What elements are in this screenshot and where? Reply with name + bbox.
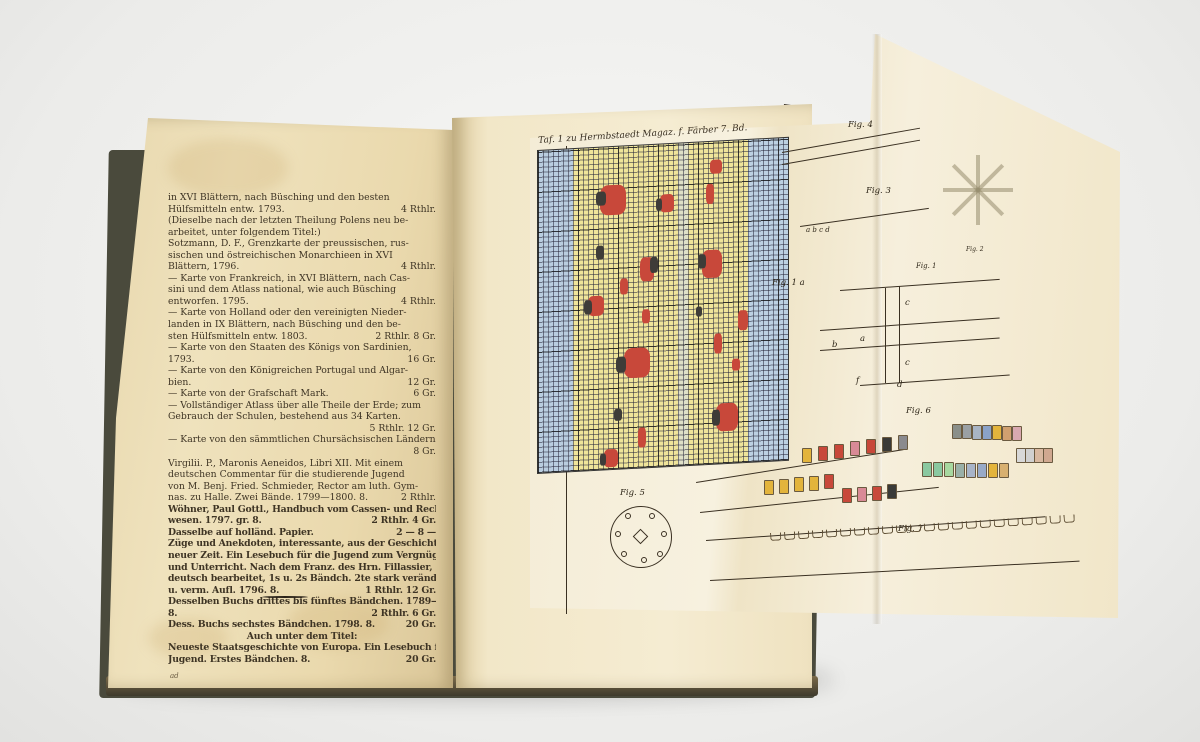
line-text: — Karte von den sämmtlichen Chursächsisc… <box>168 434 436 446</box>
line-text: von M. Benj. Fried. Schmieder, Rector am… <box>168 481 418 493</box>
line-text: — Karte von den Königreichen Portugal un… <box>168 365 408 377</box>
line-text: — Karte von Frankreich, in XVI Blättern,… <box>168 273 410 285</box>
line-price: 12 Gr. <box>407 377 436 389</box>
line-price: 2 Rthlr. 8 Gr. <box>375 331 436 343</box>
fig-5-wheel <box>610 506 672 568</box>
line-text: wesen. 1797. gr. 8. <box>168 515 262 527</box>
catalogue-line: deutsch bearbeitet, 1s u. 2s Bändch. 2te… <box>168 573 436 585</box>
fig-1-letter-f: f <box>856 376 859 386</box>
thread-spool <box>1043 448 1053 463</box>
fig-1-letter-c: c <box>905 298 910 308</box>
fig-1-letter-c2: c <box>905 358 910 368</box>
catalogue-line: 5 Rthlr. 12 Gr. <box>168 423 436 435</box>
catalogue-line: in XVI Blättern, nach Büsching und den b… <box>168 192 436 204</box>
line-text: entworfen. 1795. <box>168 296 249 308</box>
catalogue-line: Desselben Buchs drittes bis fünftes Bänd… <box>168 596 436 608</box>
line-price: 4 Rthlr. <box>401 204 436 216</box>
thread-spool <box>842 488 852 503</box>
line-text: neuer Zeit. Ein Lesebuch für die Jugend … <box>168 550 436 562</box>
catalogue-line: deutschen Commentar für die studierende … <box>168 469 436 481</box>
catalogue-line: neuer Zeit. Ein Lesebuch für die Jugend … <box>168 550 436 562</box>
thread-spool <box>988 463 998 478</box>
line-text: Dasselbe auf holländ. Papier. <box>168 527 314 539</box>
catalogue-line: bien.12 Gr. <box>168 377 436 389</box>
line-text: 1793. <box>168 354 195 366</box>
line-price: 2 — 8 — <box>396 527 436 539</box>
catalogue-line: Züge und Anekdoten, interessante, aus de… <box>168 538 436 550</box>
catalogue-line: 8 Gr. <box>168 446 436 458</box>
line-price: 16 Gr. <box>407 354 436 366</box>
thread-spool <box>850 441 860 456</box>
line-price: 20 Gr. <box>406 619 436 631</box>
line-text: deutschen Commentar für die studierende … <box>168 469 405 481</box>
thread-spool <box>802 448 812 463</box>
catalogue-line: und Unterricht. Nach dem Franz. des Hrn.… <box>168 562 436 574</box>
fig-3-label: Fig. 3 <box>866 186 891 196</box>
thread-spool <box>794 477 804 492</box>
thread-spool <box>955 463 965 478</box>
catalogue-line: Virgilii. P., Maronis Aeneidos, Libri XI… <box>168 458 436 470</box>
fig-2-star-reel <box>948 150 1008 230</box>
line-text: — Karte von der Grafschaft Mark. <box>168 388 329 400</box>
thread-spool <box>872 486 882 501</box>
catalogue-line: Wöhner, Paul Gottl., Handbuch vom Cassen… <box>168 504 436 516</box>
fig-5-label: Fig. 5 <box>620 488 645 498</box>
fig-1-letter-d: d <box>897 380 902 390</box>
thread-spool <box>982 425 992 440</box>
line-text: u. verm. Aufl. 1796. 8. <box>168 585 279 597</box>
thread-spool <box>809 476 819 491</box>
line-text: Dess. Buchs sechstes Bändchen. 1798. 8. <box>168 619 375 631</box>
catalogue-line: Gebrauch der Schulen, bestehend aus 34 K… <box>168 411 436 423</box>
catalogue-line: Jugend. Erstes Bändchen. 8.20 Gr. <box>168 654 436 666</box>
catalogue-line: u. verm. Aufl. 1796. 8.1 Rthlr. 12 Gr. <box>168 585 436 597</box>
catalogue-line: wesen. 1797. gr. 8.2 Rthlr. 4 Gr. <box>168 515 436 527</box>
fig-1-letter-a: a <box>860 334 865 344</box>
thread-spool <box>887 484 897 499</box>
line-text: Neueste Staatsgeschichte von Europa. Ein… <box>168 642 436 654</box>
thread-spool <box>972 425 982 440</box>
line-price: 2 Rthlr. <box>401 492 436 504</box>
catalogue-line: — Karte von der Grafschaft Mark.6 Gr. <box>168 388 436 400</box>
catalogue-line: Auch unter dem Titel: <box>168 631 436 643</box>
fig-1a-label: Fig. 1 a <box>772 278 805 288</box>
thread-spool <box>992 425 1002 440</box>
thread-spool <box>818 446 828 461</box>
line-text: landen in IX Blättern, nach Büsching und… <box>168 319 401 331</box>
catalogue-line: — Karte von den Staaten des Königs von S… <box>168 342 436 354</box>
line-text: arbeitet, unter folgendem Titel:) <box>168 227 321 239</box>
thread-spool <box>764 480 774 495</box>
line-text: sini und dem Atlass national, wie auch B… <box>168 284 396 296</box>
fig-3-letters: a b c d <box>806 226 830 234</box>
line-text: Hülfsmitteln entw. 1793. <box>168 204 285 216</box>
catalogue-line: — Karte von den Königreichen Portugal un… <box>168 365 436 377</box>
catalogue-text: in XVI Blättern, nach Büsching und den b… <box>168 192 436 665</box>
catalogue-line: 8.2 Rthlr. 6 Gr. <box>168 608 436 620</box>
thread-spool <box>898 435 908 450</box>
line-text: — Karte von den Staaten des Königs von S… <box>168 342 412 354</box>
catalogue-line: sten Hülfsmitteln entw. 1803.2 Rthlr. 8 … <box>168 331 436 343</box>
thread-spool <box>1012 426 1022 441</box>
thread-spool <box>977 463 987 478</box>
line-text: und Unterricht. Nach dem Franz. des Hrn.… <box>168 562 432 574</box>
fig-2-label: Fig. 2 <box>966 246 984 253</box>
catalogue-line: — Karte von den sämmtlichen Chursächsisc… <box>168 434 436 446</box>
fig-4-label: Fig. 4 <box>848 120 873 130</box>
catalogue-line: nas. zu Halle. Zwei Bände. 1799—1800. 8.… <box>168 492 436 504</box>
catalogue-line: entworfen. 1795.4 Rthlr. <box>168 296 436 308</box>
thread-spool <box>966 463 976 478</box>
line-price: 4 Rthlr. <box>401 261 436 273</box>
line-text: deutsch bearbeitet, 1s u. 2s Bändch. 2te… <box>168 573 436 585</box>
thread-spool <box>834 444 844 459</box>
line-text: (Dieselbe nach der letzten Theilung Pole… <box>168 215 408 227</box>
catalogue-line: — Karte von Frankreich, in XVI Blättern,… <box>168 273 436 285</box>
thread-spool <box>857 487 867 502</box>
signature-mark: ad <box>170 672 179 680</box>
catalogue-line: (Dieselbe nach der letzten Theilung Pole… <box>168 215 436 227</box>
line-price: 2 Rthlr. 4 Gr. <box>371 515 436 527</box>
line-text: 8. <box>168 608 177 620</box>
thread-spool <box>922 462 932 477</box>
catalogue-line: von M. Benj. Fried. Schmieder, Rector am… <box>168 481 436 493</box>
line-price: 2 Rthlr. 6 Gr. <box>371 608 436 620</box>
fig-6-label: Fig. 6 <box>906 406 931 416</box>
line-text: Züge und Anekdoten, interessante, aus de… <box>168 538 436 550</box>
line-price: 8 Gr. <box>413 446 436 458</box>
line-text: bien. <box>168 377 191 389</box>
thread-spool <box>933 462 943 477</box>
line-text: Blättern, 1796. <box>168 261 239 273</box>
thread-spool <box>882 437 892 452</box>
catalogue-line: Neueste Staatsgeschichte von Europa. Ein… <box>168 642 436 654</box>
line-price: 20 Gr. <box>406 654 436 666</box>
line-price: 6 Gr. <box>413 388 436 400</box>
line-text: Auch unter dem Titel: <box>247 631 357 643</box>
catalogue-line: Dess. Buchs sechstes Bändchen. 1798. 8.2… <box>168 619 436 631</box>
thread-spool <box>962 424 972 439</box>
line-price: 1 Rthlr. 12 Gr. <box>365 585 436 597</box>
catalogue-line: — Karte von Holland oder den vereinigten… <box>168 307 436 319</box>
line-text: Sotzmann, D. F., Grenzkarte der preussis… <box>168 238 409 250</box>
line-text: in XVI Blättern, nach Büsching und den b… <box>168 192 390 204</box>
line-text: nas. zu Halle. Zwei Bände. 1799—1800. 8. <box>168 492 368 504</box>
thread-spool <box>999 463 1009 478</box>
line-text: sischen und östreichischen Monarchieen i… <box>168 250 393 262</box>
line-text: Desselben Buchs drittes bis fünftes Bänd… <box>168 596 436 608</box>
catalogue-line: Dasselbe auf holländ. Papier.2 — 8 — <box>168 527 436 539</box>
line-text: — Karte von Holland oder den vereinigten… <box>168 307 407 319</box>
line-text: Gebrauch der Schulen, bestehend aus 34 K… <box>168 411 401 423</box>
thread-spool <box>866 439 876 454</box>
catalogue-line: Hülfsmitteln entw. 1793.4 Rthlr. <box>168 204 436 216</box>
fig-1-label: Fig. 1 <box>916 262 936 270</box>
catalogue-line: Blättern, 1796.4 Rthlr. <box>168 261 436 273</box>
line-price: 5 Rthlr. 12 Gr. <box>370 423 437 435</box>
thread-spool <box>944 462 954 477</box>
line-text: Virgilii. P., Maronis Aeneidos, Libri XI… <box>168 458 403 470</box>
line-text: — Vollständiger Atlass über alle Theile … <box>168 400 421 412</box>
thread-spool <box>952 424 962 439</box>
catalogue-line: Sotzmann, D. F., Grenzkarte der preussis… <box>168 238 436 250</box>
catalogue-line: sini und dem Atlass national, wie auch B… <box>168 284 436 296</box>
weave-pattern-grid <box>537 137 789 474</box>
thread-spool <box>824 474 834 489</box>
line-text: sten Hülfsmitteln entw. 1803. <box>168 331 308 343</box>
catalogue-line: — Vollständiger Atlass über alle Theile … <box>168 400 436 412</box>
line-price: 4 Rthlr. <box>401 296 436 308</box>
thread-spool <box>1002 426 1012 441</box>
catalogue-line: arbeitet, unter folgendem Titel:) <box>168 227 436 239</box>
catalogue-line: landen in IX Blättern, nach Büsching und… <box>168 319 436 331</box>
end-rule <box>262 596 308 598</box>
catalogue-line: 1793.16 Gr. <box>168 354 436 366</box>
thread-spool <box>779 479 789 494</box>
fig-1-letter-b: b <box>832 340 837 350</box>
catalogue-line: sischen und östreichischen Monarchieen i… <box>168 250 436 262</box>
line-text: Jugend. Erstes Bändchen. 8. <box>168 654 310 666</box>
line-text: Wöhner, Paul Gottl., Handbuch vom Cassen… <box>168 504 436 516</box>
